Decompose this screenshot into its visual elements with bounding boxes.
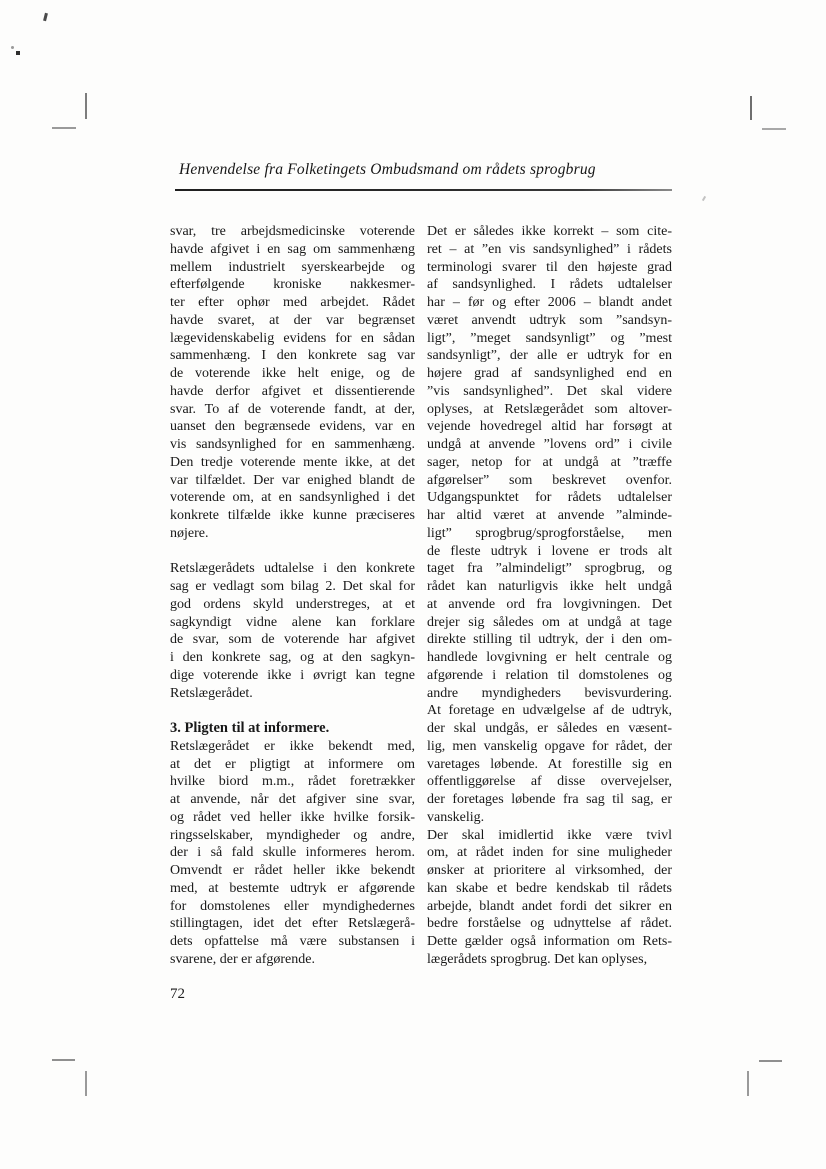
text-line: Retslægerådet. xyxy=(170,685,415,703)
text-line: højere grad af sandsynlighed end en xyxy=(427,365,672,383)
scan-speck xyxy=(11,46,14,49)
text-line: uanset den begrænsede evidens, var en xyxy=(170,418,415,436)
text-line: voterende om, at en sandsynlighed i det xyxy=(170,489,415,507)
text-line: der skal undgås, er således en væsent- xyxy=(427,720,672,738)
text-line: bedre forståelse og udnyttelse af rådet. xyxy=(427,915,672,933)
crop-mark-bottom-left-vertical xyxy=(85,1071,87,1096)
left-paragraph-1: svar, tre arbejdsmedicinske voterendehav… xyxy=(170,223,415,543)
text-line: dets opfattelse må være substansen i xyxy=(170,933,415,951)
text-line: havde svaret, at der var begrænset xyxy=(170,312,415,330)
text-line: vejende hovedregel altid har forsøgt at xyxy=(427,418,672,436)
text-line: Omvendt er rådet heller ikke bekendt xyxy=(170,862,415,880)
text-line: offentliggørelse af disse overvejelser, xyxy=(427,773,672,791)
text-line: de voterende ikke helt enige, og de xyxy=(170,365,415,383)
text-line: ringsselskaber, myndigheder og andre, xyxy=(170,827,415,845)
text-line: ter efter ophør med arbejdet. Rådet xyxy=(170,294,415,312)
text-line: oplyses, at Retslægerådet som altover- xyxy=(427,401,672,419)
text-line: sag er vedlagt som bilag 2. Det skal for xyxy=(170,578,415,596)
left-column: svar, tre arbejdsmedicinske voterendehav… xyxy=(170,223,415,986)
text-line: afgørelser” som beskrevet ovenfor. xyxy=(427,472,672,490)
text-line: svar. To af de voterende fandt, at der, xyxy=(170,401,415,419)
text-line: terminologi svarer til den højeste grad xyxy=(427,259,672,277)
text-line: god ordens skyld understreges, at et xyxy=(170,596,415,614)
text-line: sagkyndigt vidne alene kan forklare xyxy=(170,614,415,632)
text-line: Dette gælder også information om Rets- xyxy=(427,933,672,951)
text-line: har – før og efter 2006 – blandt andet xyxy=(427,294,672,312)
right-paragraph-1: Det er således ikke korrekt – som cite-r… xyxy=(427,223,672,827)
text-line: der foretages løbende fra sag til sag, e… xyxy=(427,791,672,809)
header-rule xyxy=(175,189,672,191)
text-line: drejer sig således om at undgå at tage xyxy=(427,614,672,632)
text-line: rådet kan naturligvis ikke helt undgå xyxy=(427,578,672,596)
section-heading: 3. Pligten til at informere. xyxy=(170,720,415,738)
text-line: sager, netop for at undgå at ”træffe xyxy=(427,454,672,472)
text-line: taget fra ”almindeligt” sprogbrug, og xyxy=(427,560,672,578)
text-line: ønsker at prioritere al virksomhed, der xyxy=(427,862,672,880)
text-line: af sandsynlighed. I rådets udtalelser xyxy=(427,276,672,294)
text-line: handlede lovgivning er helt centrale og xyxy=(427,649,672,667)
text-line: lægevidenskabelig evidens for en sådan xyxy=(170,330,415,348)
text-line: svarene, der er afgørende. xyxy=(170,951,415,969)
text-line: sammenhæng. I den konkrete sag var xyxy=(170,347,415,365)
text-line: hvilke biord m.m., rådet foretrækker xyxy=(170,773,415,791)
page-number: 72 xyxy=(170,986,185,1003)
text-line: arbejde, blandt andet fordi det sikrer e… xyxy=(427,898,672,916)
text-line: med, at bestemte udtryk er afgørende xyxy=(170,880,415,898)
text-line: at anvende ord fra lovgivningen. Det xyxy=(427,596,672,614)
text-line: at anvende, når det afgiver sine svar, xyxy=(170,791,415,809)
text-line: dige voterende ikke i øvrigt kan tegne xyxy=(170,667,415,685)
scan-speck xyxy=(43,13,48,21)
text-line: Udgangspunktet for rådets udtalelser xyxy=(427,489,672,507)
text-line: i den konkrete sag, og at den sagkyn- xyxy=(170,649,415,667)
text-line: nøjere. xyxy=(170,525,415,543)
left-paragraph-2: Retslægerådets udtalelse i den konkretes… xyxy=(170,560,415,702)
crop-mark-top-right-horizontal xyxy=(762,128,786,130)
text-line: undgå at anvende ”lovens ord” i civile xyxy=(427,436,672,454)
text-line: ligt”, ”meget sandsynligt” og ”mest xyxy=(427,330,672,348)
right-paragraph-2: Der skal imidlertid ikke være tvivlom, a… xyxy=(427,827,672,969)
text-line: havde derfor afgivet et dissentierende xyxy=(170,383,415,401)
text-line: lig, men vanskelig opgave for rådet, der xyxy=(427,738,672,756)
text-line: lægerådets sprogbrug. Det kan oplyses, xyxy=(427,951,672,969)
text-line: ”vis sandsynlighed”. Det skal videre xyxy=(427,383,672,401)
crop-mark-bottom-right-vertical xyxy=(747,1071,749,1096)
crop-mark-top-left-horizontal xyxy=(52,127,76,129)
crop-mark-bottom-right-horizontal xyxy=(759,1060,782,1062)
text-line: Retslægerådet er ikke bekendt med, xyxy=(170,738,415,756)
left-paragraph-3: Retslægerådet er ikke bekendt med,at det… xyxy=(170,738,415,969)
text-line: Det er således ikke korrekt – som cite- xyxy=(427,223,672,241)
scan-speck xyxy=(16,51,20,55)
text-line: andre myndigheders bevisvurdering. xyxy=(427,685,672,703)
text-line: sandsynligt”, der alle er udtryk for en xyxy=(427,347,672,365)
text-line: vis sandsynlighed for en sammenhæng. xyxy=(170,436,415,454)
text-line: At foretage en udvælgelse af de udtryk, xyxy=(427,702,672,720)
text-line: ligt” sprogbrug/sprogforståelse, men xyxy=(427,525,672,543)
text-line: svar, tre arbejdsmedicinske voterende xyxy=(170,223,415,241)
text-line: konkrete tilfælde ikke kunne præciseres xyxy=(170,507,415,525)
text-line: de svar, som de voterende har afgivet xyxy=(170,631,415,649)
text-line: og rådet ved heller ikke hvilke forsik- xyxy=(170,809,415,827)
text-line: om, at rådet inden for sine muligheder xyxy=(427,844,672,862)
text-line: vanskelig. xyxy=(427,809,672,827)
text-line: efterfølgende kroniske nakkesmer- xyxy=(170,276,415,294)
text-line: kan skabe et bedre kendskab til rådets xyxy=(427,880,672,898)
text-line: været anvendt udtryk som ”sandsyn- xyxy=(427,312,672,330)
text-line: ret – at ”en vis sandsynlighed” i rådets xyxy=(427,241,672,259)
text-line: de fleste udtryk i lovene er trods alt xyxy=(427,543,672,561)
document-page: Henvendelse fra Folketingets Ombudsmand … xyxy=(0,0,826,1169)
text-line: havde afgivet i en sag om sammenhæng xyxy=(170,241,415,259)
text-line: var tilfældet. Der var enighed blandt de xyxy=(170,472,415,490)
crop-mark-bottom-left-horizontal xyxy=(52,1059,75,1061)
text-line: mellem industrielt syerskearbejde og xyxy=(170,259,415,277)
text-line: for domstolenes eller myndighedernes xyxy=(170,898,415,916)
text-line: har altid været at anvende ”alminde- xyxy=(427,507,672,525)
text-line: Der skal imidlertid ikke være tvivl xyxy=(427,827,672,845)
text-line: stillingtagen, idet det efter Retslægerå… xyxy=(170,915,415,933)
crop-mark-top-left-vertical xyxy=(85,93,87,119)
right-column: Det er således ikke korrekt – som cite-r… xyxy=(427,223,672,969)
running-header-title: Henvendelse fra Folketingets Ombudsmand … xyxy=(179,161,596,179)
text-line: afgørende i relation til domstolenes og xyxy=(427,667,672,685)
scan-speck xyxy=(702,196,706,201)
text-line: direkte stilling til udtryk, der i den o… xyxy=(427,631,672,649)
crop-mark-top-right-vertical xyxy=(750,96,752,120)
text-line: der i så fald skulle informeres herom. xyxy=(170,844,415,862)
text-line: Den tredje voterende mente ikke, at det xyxy=(170,454,415,472)
text-line: varetages løbende. At forestille sig en xyxy=(427,756,672,774)
text-line: Retslægerådets udtalelse i den konkrete xyxy=(170,560,415,578)
text-line: at det er pligtigt at informere om xyxy=(170,756,415,774)
